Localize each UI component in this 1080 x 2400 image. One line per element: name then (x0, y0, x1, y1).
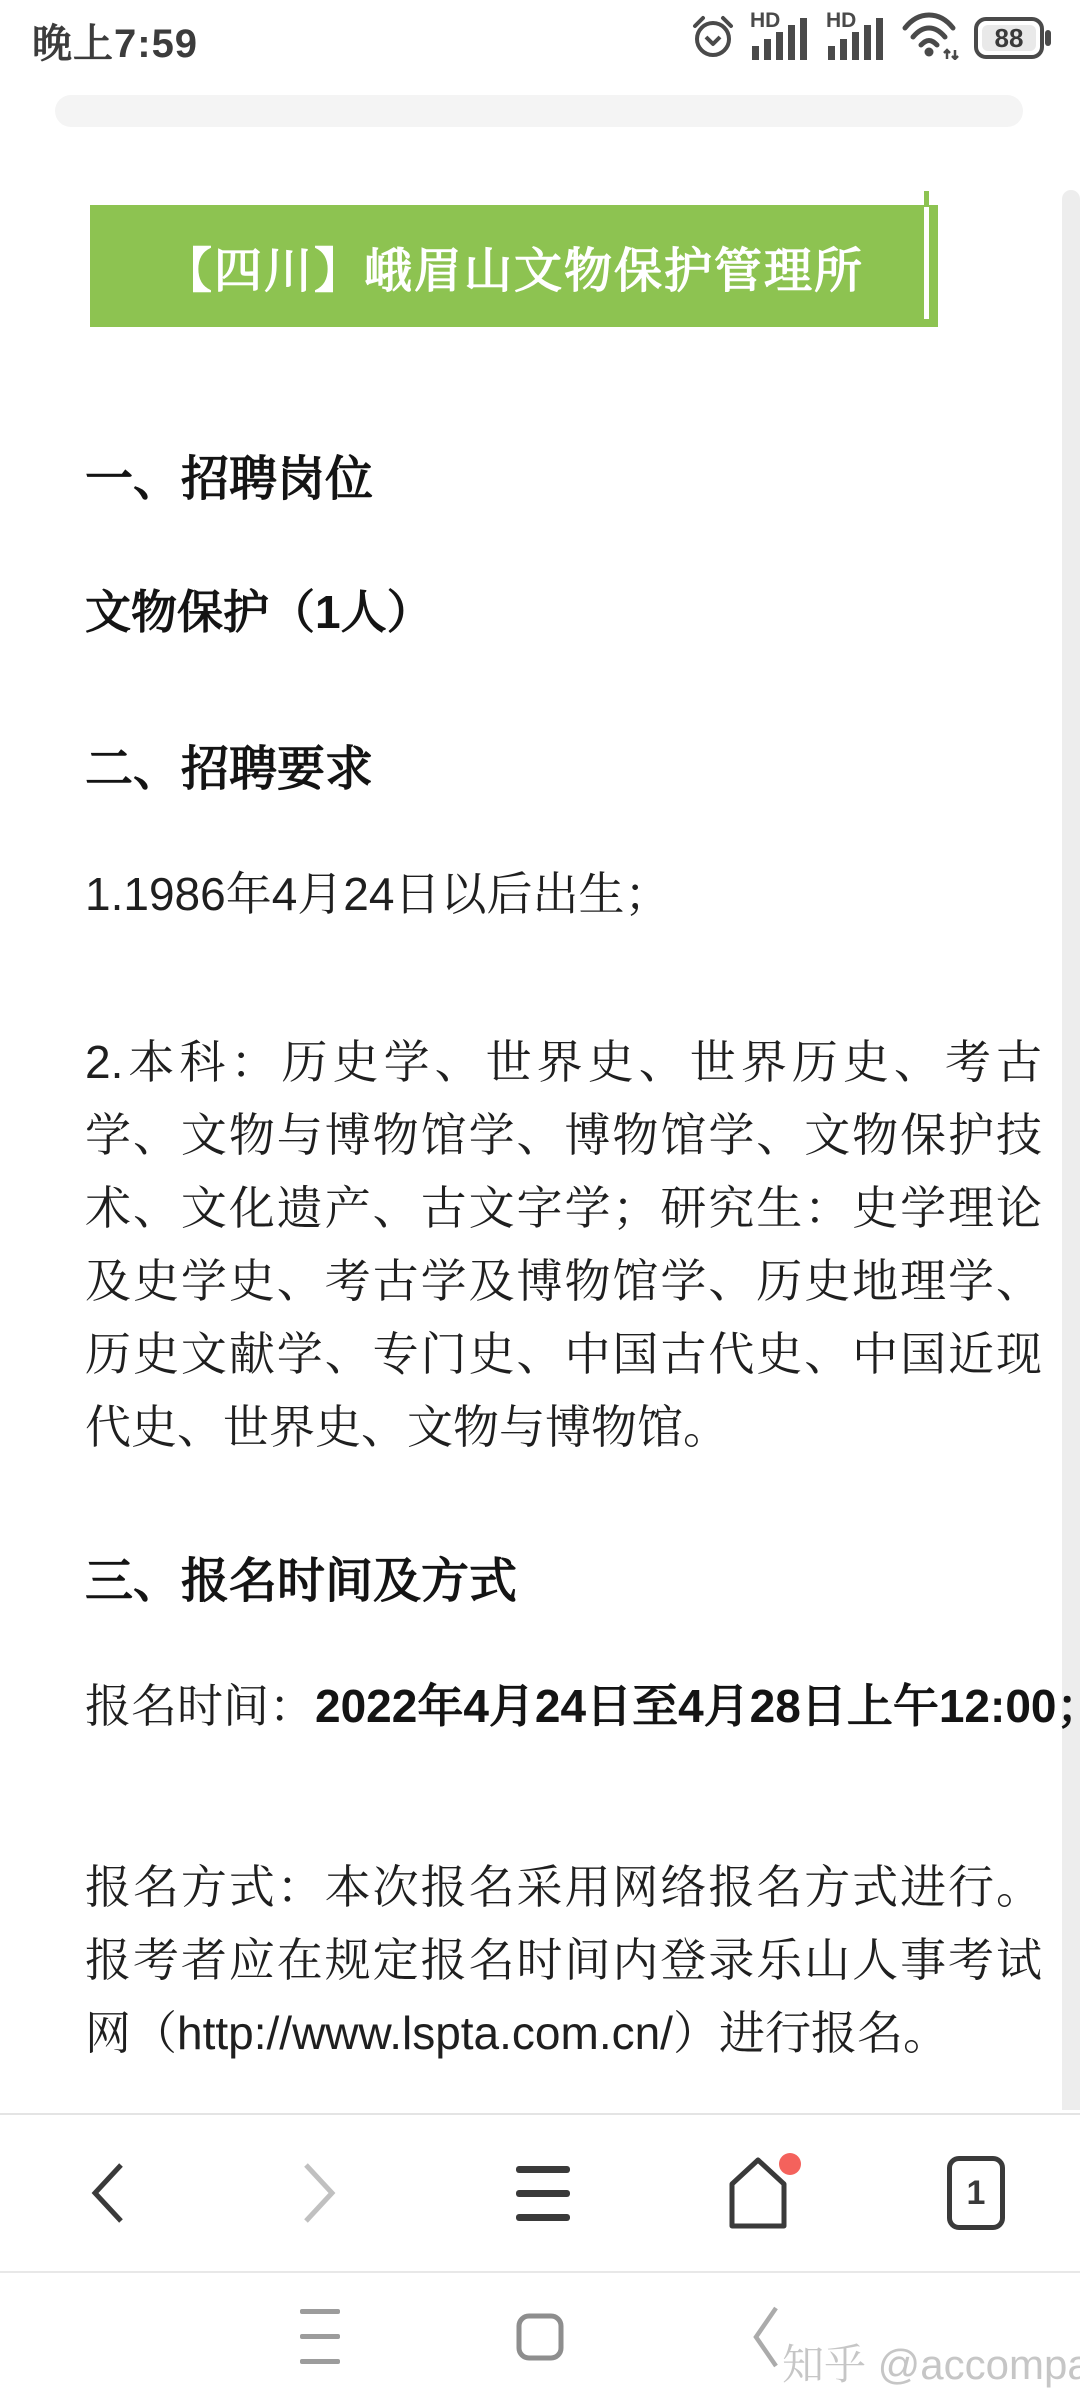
tab-count-box: 1 (947, 2156, 1005, 2230)
banner-tick-mark (924, 191, 929, 206)
requirement-birthdate: 1.1986年4月24日以后出生； (85, 858, 670, 931)
menu-bar (516, 2214, 570, 2221)
position-line: 文物保护（1人） (85, 586, 433, 639)
menu-bar (516, 2166, 570, 2173)
back-chevron-icon (85, 2161, 129, 2225)
collapsed-header-bar (55, 95, 1023, 127)
tabs-button[interactable]: 1 (938, 2115, 1014, 2271)
signup-time-line: 报名时间：2022年4月24日至4月28日上午12:00； (85, 1670, 1080, 1743)
recents-bar (300, 2309, 340, 2314)
phone-screen: 晚上7:59 HD HD (0, 0, 1080, 2400)
svg-text:HD: HD (826, 10, 856, 32)
svg-text:88: 88 (995, 23, 1024, 53)
hd-signal-icon: HD (826, 10, 888, 60)
signup-time-value: 2022年4月24日至4月28日上午12:00； (315, 1680, 1080, 1732)
zhihu-watermark: 知乎 @accompany (782, 2332, 1080, 2392)
recents-bar (300, 2334, 340, 2339)
home-button[interactable] (716, 2115, 806, 2271)
svg-text:HD: HD (750, 10, 780, 32)
article-banner-title: 【四川】峨眉山文物保护管理所 (164, 232, 864, 301)
back-button[interactable] (72, 2115, 142, 2271)
recents-bar (300, 2359, 340, 2364)
back-nav-chevron-icon (748, 2304, 782, 2370)
banner-caret-line (924, 207, 929, 319)
section-heading-requirements: 二、招聘要求 (85, 742, 373, 797)
forward-chevron-icon (298, 2161, 342, 2225)
requirement-majors: 2.本科：历史学、世界史、世界历史、考古学、文物与博物馆学、博物馆学、文物保护技… (85, 1026, 1042, 1464)
home-nav-button[interactable] (500, 2273, 580, 2400)
scrollbar-track[interactable] (1062, 190, 1080, 2110)
recents-button[interactable] (280, 2273, 360, 2400)
home-icon (720, 2152, 802, 2234)
article-banner: 【四川】峨眉山文物保护管理所 (90, 205, 938, 327)
home-square-icon (515, 2312, 565, 2362)
signup-time-label: 报名时间： (85, 1680, 315, 1732)
signup-method-paragraph: 报名方式：本次报名采用网络报名方式进行。报考者应在规定报名时间内登录乐山人事考试… (85, 1851, 1042, 2070)
status-bar-time: 晚上7:59 (32, 12, 198, 69)
forward-button[interactable] (285, 2115, 355, 2271)
menu-button[interactable] (508, 2115, 578, 2271)
menu-bar (516, 2190, 570, 2197)
notification-dot (779, 2153, 801, 2175)
alarm-icon (690, 14, 736, 60)
browser-toolbar: 1 (0, 2115, 1080, 2271)
section-heading-signup: 三、报名时间及方式 (85, 1554, 517, 1609)
wifi-icon (902, 10, 960, 60)
battery-icon: 88 (974, 16, 1052, 60)
section-heading-positions: 一、招聘岗位 (85, 452, 373, 507)
tab-count: 1 (967, 2174, 986, 2213)
hd-signal-icon: HD (750, 10, 812, 60)
status-bar-icons: HD HD 88 (690, 10, 1052, 60)
